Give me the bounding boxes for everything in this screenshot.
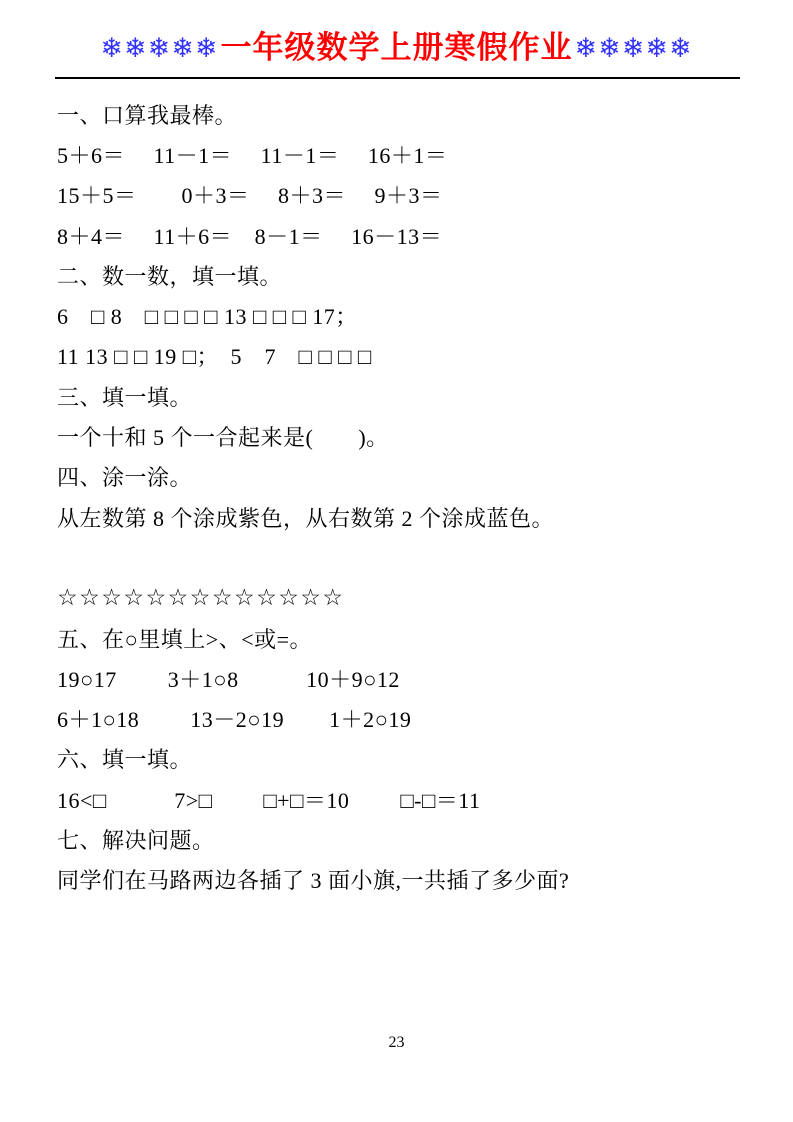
section-5-heading: 五、在○里填上>、<或=。 <box>57 618 748 658</box>
section-7-heading: 七、解决问题。 <box>57 819 748 859</box>
star-row: ☆☆☆☆☆☆☆☆☆☆☆☆☆ <box>57 578 748 618</box>
word-problem: 同学们在马路两边各插了 3 面小旗,一共插了多少面? <box>57 860 748 900</box>
worksheet-body: 一、口算我最棒。 5＋6＝ 11－1＝ 11－1＝ 16＋1＝ 15＋5＝ 0＋… <box>57 94 748 900</box>
section-2-heading: 二、数一数，填一填。 <box>57 255 748 295</box>
worksheet-page: ❄❄❄❄❄一年级数学上册寒假作业❄❄❄❄❄ 一、口算我最棒。 5＋6＝ 11－1… <box>0 0 793 1122</box>
page-title: 一年级数学上册寒假作业 <box>219 30 575 65</box>
section-3-heading: 三、填一填。 <box>57 376 748 416</box>
count-fill-row-2: 11 13 □ □ 19 □； 5 7 □ □ □ □ <box>57 336 748 376</box>
blank-line <box>57 537 748 577</box>
snowflakes-left-icon: ❄❄❄❄❄ <box>100 33 218 64</box>
coloring-instruction: 从左数第 8 个涂成紫色，从右数第 2 个涂成蓝色。 <box>57 497 748 537</box>
count-fill-row-1: 6 □ 8 □ □ □ □ 13 □ □ □ 17； <box>57 295 748 335</box>
fill-equation-row: 16<□ 7>□ □+□＝10 □-□＝11 <box>57 779 748 819</box>
oral-calc-row-3: 8＋4＝ 11＋6＝ 8－1＝ 16－13＝ <box>57 215 748 255</box>
oral-calc-row-1: 5＋6＝ 11－1＝ 11－1＝ 16＋1＝ <box>57 134 748 174</box>
compare-row-1: 19○17 3＋1○8 10＋9○12 <box>57 658 748 698</box>
oral-calc-row-2: 15＋5＝ 0＋3＝ 8＋3＝ 9＋3＝ <box>57 175 748 215</box>
section-1-heading: 一、口算我最棒。 <box>57 94 748 134</box>
compare-row-2: 6＋1○18 13－2○19 1＋2○19 <box>57 698 748 738</box>
section-6-heading: 六、填一填。 <box>57 739 748 779</box>
page-number: 23 <box>0 1034 793 1052</box>
section-4-heading: 四、涂一涂。 <box>57 457 748 497</box>
header-divider <box>55 77 740 79</box>
page-header: ❄❄❄❄❄一年级数学上册寒假作业❄❄❄❄❄ <box>0 30 793 72</box>
snowflakes-right-icon: ❄❄❄❄❄ <box>575 33 693 64</box>
fill-blank-sentence: 一个十和 5 个一合起来是( )。 <box>57 416 748 456</box>
